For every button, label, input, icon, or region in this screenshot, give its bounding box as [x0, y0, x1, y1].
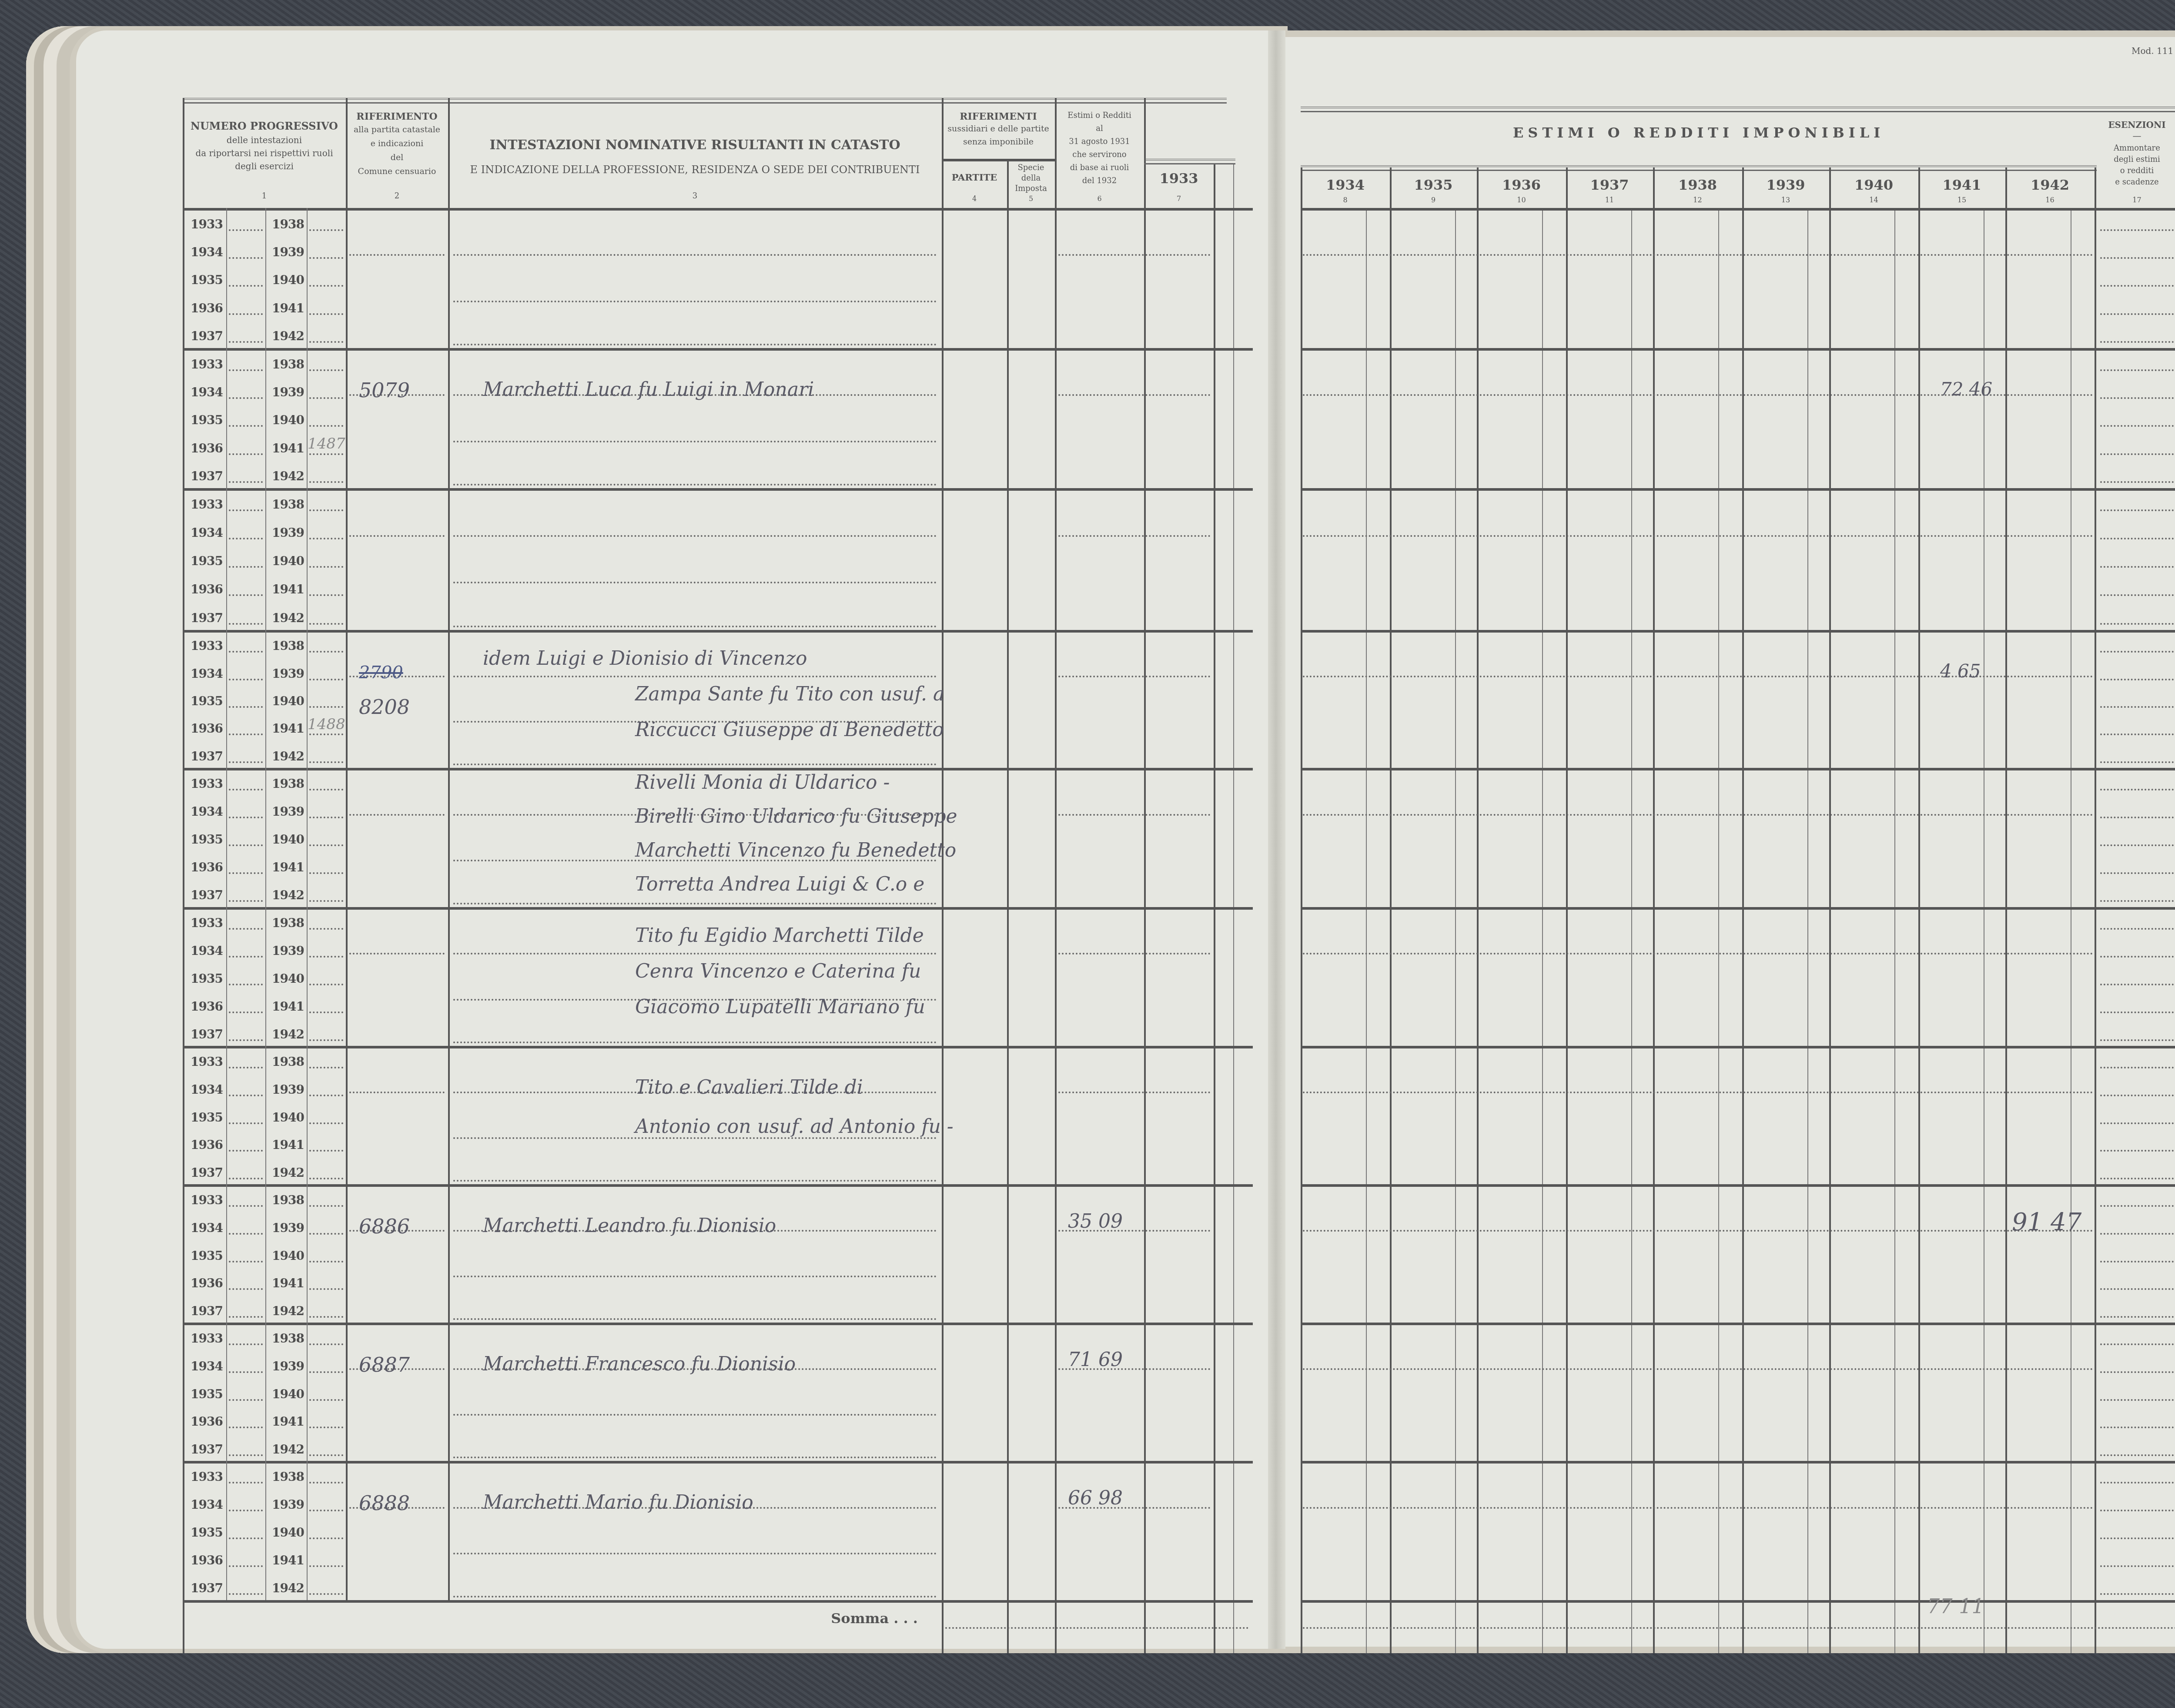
column-number-7: 7 — [1144, 194, 1214, 203]
entry-separator-right — [1301, 1046, 2175, 1048]
esenzioni-dotted-rule — [2100, 900, 2174, 902]
year-dotted-rule — [309, 651, 343, 653]
name-entry: Tito fu Egidio Marchetti Tilde — [635, 924, 924, 947]
year-dotted-rule — [229, 509, 263, 511]
column-number-3: 3 — [448, 191, 942, 201]
year-dotted-rule — [309, 1122, 343, 1124]
header-specie-line: della — [1007, 174, 1055, 184]
year-label: 1938 — [272, 777, 304, 791]
esenzioni-dotted-rule — [2100, 1178, 2174, 1179]
year-dotted-rule — [229, 789, 263, 790]
year-label: 1942 — [272, 611, 304, 625]
year-dotted-rule — [309, 1150, 343, 1152]
year-label: 1940 — [272, 971, 304, 986]
year-dotted-rule — [309, 1205, 343, 1207]
year-subcol-rule — [226, 208, 227, 348]
year-dotted-rule — [229, 1067, 263, 1068]
esenzioni-dotted-rule — [2100, 229, 2174, 231]
esenzioni-dotted-rule — [2100, 285, 2174, 287]
esenzioni-dotted-rule — [2100, 397, 2174, 399]
column-number-11: 11 — [1566, 196, 1653, 204]
esenzioni-dotted-rule — [2100, 651, 2174, 653]
year-label: 1940 — [272, 1387, 304, 1401]
name-entry: Giacomo Lupatelli Mariano fu — [635, 996, 925, 1018]
year-dotted-rule — [229, 679, 263, 680]
year-label: 1933 — [191, 217, 223, 231]
entry-separator-left — [183, 348, 1253, 351]
name-entry: Torretta Andrea Luigi & C.o e — [635, 873, 924, 895]
column-number-14: 14 — [1829, 196, 1918, 204]
year-dotted-rule — [309, 509, 343, 511]
year-label: 1937 — [191, 1581, 223, 1595]
value-dotted-rule — [1058, 1092, 1210, 1093]
year-label: 1933 — [191, 639, 223, 653]
year-label: 1939 — [272, 245, 304, 259]
year-dotted-rule — [309, 1316, 343, 1318]
year-label: 1937 — [191, 469, 223, 483]
year-dotted-rule — [309, 1593, 343, 1595]
year-cent-rule — [1894, 208, 1895, 1653]
year-label: 1941 — [272, 1414, 304, 1429]
value-dotted-rule-right — [1303, 1230, 2093, 1232]
year-label: 1937 — [191, 1442, 223, 1457]
col-divider-3-4 — [942, 98, 944, 1653]
year-label: 1941 — [272, 721, 304, 736]
column-number-6: 6 — [1055, 194, 1144, 203]
esenzioni-dotted-rule — [2100, 1288, 2174, 1290]
name-entry: Marchetti Leandro fu Dionisio — [483, 1215, 776, 1237]
value-dotted-rule-right — [1303, 1092, 2093, 1093]
header-riferimenti-line: senza imponibile — [942, 137, 1055, 147]
entry-separator-right — [1301, 488, 2175, 491]
year-label: 1940 — [272, 413, 304, 427]
column-number-12: 12 — [1653, 196, 1742, 204]
year-label: 1933 — [191, 777, 223, 791]
esenzioni-dotted-rule — [2100, 1122, 2174, 1124]
year-label: 1935 — [191, 1110, 223, 1125]
header-specie-line: Imposta — [1007, 184, 1055, 194]
esenzioni-dotted-rule — [2100, 369, 2174, 371]
year-label: 1936 — [191, 441, 223, 455]
column-number-5: 5 — [1007, 194, 1055, 203]
year-subcol-rule — [307, 348, 308, 488]
year-col-rule — [1477, 167, 1479, 1653]
year-dotted-rule — [309, 1178, 343, 1179]
year-subcol-rule — [226, 488, 227, 630]
year-dotted-rule — [229, 1510, 263, 1511]
entry-separator-left — [183, 907, 1253, 910]
year-label: 1936 — [191, 1276, 223, 1290]
year-dotted-rule — [309, 538, 343, 539]
value-dotted-rule-right — [1303, 254, 2093, 256]
year-label: 1935 — [191, 1249, 223, 1263]
entry-separator-left — [183, 1461, 1253, 1464]
side-number: 1488 — [308, 716, 345, 733]
year-dotted-rule — [309, 594, 343, 596]
name-dotted-rule — [453, 1318, 937, 1320]
esenzioni-dotted-rule — [2100, 1454, 2174, 1456]
year-dotted-rule — [309, 844, 343, 846]
year-col-rule — [1390, 167, 1392, 1653]
year-label: 1939 — [272, 944, 304, 958]
header-riferimenti: RIFERIMENTI — [942, 111, 1055, 123]
name-dotted-rule — [453, 484, 937, 486]
side-number: 1487 — [308, 435, 345, 452]
column-number-2: 2 — [346, 191, 448, 201]
year-label: 1936 — [191, 582, 223, 596]
year-label: 1936 — [191, 1553, 223, 1567]
header-intestazioni-subtitle: E INDICAZIONE DELLA PROFESSIONE, RESIDEN… — [448, 163, 942, 176]
year-label: 1939 — [272, 804, 304, 819]
year-dotted-rule — [229, 538, 263, 539]
year-subcol-rule — [307, 1046, 308, 1184]
header-numero-progressivo-line: delle intestazioni — [183, 135, 346, 146]
year-dotted-rule — [229, 1011, 263, 1013]
header-bottom-rule-right — [1301, 208, 2175, 211]
entry-separator-left — [183, 630, 1253, 633]
header-year-1936: 1936 — [1477, 176, 1566, 194]
year-subcol-rule — [307, 1461, 308, 1600]
somma-1941-value: 77 11 — [1927, 1594, 1984, 1618]
esenzioni-dotted-rule — [2100, 453, 2174, 455]
year-dotted-rule — [229, 733, 263, 735]
partita-dotted-rule — [349, 254, 445, 256]
year-dotted-rule — [229, 984, 263, 985]
year-cent-rule — [1984, 208, 1984, 1653]
year-label: 1941 — [272, 441, 304, 455]
column-number-9: 9 — [1390, 196, 1477, 204]
year-label: 1934 — [191, 944, 223, 958]
year-dotted-rule — [309, 789, 343, 790]
name-entry: Birelli Gino Uldarico fu Giuseppe — [635, 805, 957, 827]
esenzioni-dotted-rule — [2100, 1399, 2174, 1401]
header-estimi-1932-line: del 1932 — [1055, 176, 1144, 186]
header-estimi-1932-line: 31 agosto 1931 — [1055, 137, 1144, 147]
year-dotted-rule — [229, 928, 263, 930]
year-dotted-rule — [229, 1593, 263, 1595]
somma-dotted-rule-left — [945, 1627, 1248, 1629]
esenzioni-dotted-rule — [2100, 1565, 2174, 1567]
esenzioni-dotted-rule — [2100, 956, 2174, 958]
year-label: 1936 — [191, 860, 223, 874]
entry-separator-left — [183, 1323, 1253, 1325]
header-esenzioni: ESENZIONI — [2097, 120, 2175, 131]
year-label: 1939 — [272, 1082, 304, 1097]
year-dotted-rule — [309, 1454, 343, 1456]
esenzioni-dotted-rule — [2100, 341, 2174, 343]
year-label: 1936 — [191, 999, 223, 1014]
entry-separator-right — [1301, 630, 2175, 633]
year-dotted-rule — [309, 1095, 343, 1096]
year-label: 1939 — [272, 385, 304, 399]
header-year-1942: 1942 — [2005, 176, 2095, 194]
year-label: 1941 — [272, 1138, 304, 1152]
year-subcol-rule — [265, 1323, 266, 1461]
header-esenzioni-line: o redditi — [2097, 166, 2175, 176]
year-dotted-rule — [229, 1565, 263, 1567]
header-riferimento-line: e indicazioni — [346, 139, 448, 149]
year-dotted-rule — [229, 900, 263, 902]
name-dotted-rule — [453, 1180, 937, 1182]
year-col-rule — [1829, 167, 1831, 1653]
esenzioni-dotted-rule — [2100, 313, 2174, 315]
header-year-1934: 1934 — [1301, 176, 1390, 194]
year-label: 1942 — [272, 1581, 304, 1595]
year-dotted-rule — [309, 1510, 343, 1511]
year-dotted-rule — [229, 425, 263, 427]
year-dotted-rule — [229, 1288, 263, 1290]
year-dotted-rule — [229, 257, 263, 259]
year-dotted-rule — [309, 1343, 343, 1345]
value-dotted-rule-right — [1303, 1507, 2093, 1509]
year-label: 1941 — [272, 301, 304, 315]
year-label: 1941 — [272, 582, 304, 596]
esenzioni-dotted-rule — [2100, 844, 2174, 846]
year-subcol-rule — [265, 208, 266, 348]
year-dotted-rule — [309, 1565, 343, 1567]
year-label: 1933 — [191, 1331, 223, 1346]
year-col-rule — [1653, 167, 1655, 1653]
year-dotted-rule — [309, 1427, 343, 1428]
year-dotted-rule — [229, 313, 263, 315]
year-label: 1938 — [272, 639, 304, 653]
year-dotted-rule — [309, 872, 343, 874]
column-number-1: 1 — [183, 191, 346, 201]
header-estimi-1932-line: che servirono — [1055, 150, 1144, 160]
esenzioni-dotted-rule — [2100, 761, 2174, 763]
name-dotted-rule — [453, 764, 937, 765]
esenzioni-dotted-rule — [2100, 1537, 2174, 1539]
year-dotted-rule — [309, 257, 343, 259]
year-label: 1933 — [191, 357, 223, 372]
esenzioni-dotted-rule — [2100, 1316, 2174, 1318]
table-top-border-right — [1301, 107, 2175, 112]
year-col-rule — [1918, 167, 1920, 1653]
header-intestazioni: INTESTAZIONI NOMINATIVE RISULTANTI IN CA… — [448, 137, 942, 154]
year-subcol-rule — [226, 907, 227, 1046]
name-dotted-rule — [453, 676, 937, 677]
year-dotted-rule — [229, 1178, 263, 1179]
year-subcol-rule — [307, 768, 308, 907]
year-cent-rule — [1455, 208, 1456, 1653]
entry-separator-right — [1301, 348, 2175, 351]
year-dotted-rule — [229, 1316, 263, 1318]
esenzioni-dotted-rule — [2100, 1371, 2174, 1373]
name-dotted-rule — [453, 1414, 937, 1416]
header-estimi-1932-line: al — [1055, 124, 1144, 134]
year-dotted-rule — [309, 1537, 343, 1539]
esenzioni-dotted-rule — [2100, 1205, 2174, 1207]
entry-separator-right — [1301, 1600, 2175, 1603]
year-dotted-rule — [309, 1067, 343, 1068]
esenzioni-dotted-rule — [2100, 928, 2174, 930]
year-subcol-rule — [307, 1184, 308, 1323]
value-dotted-rule-right — [1303, 814, 2093, 816]
year-dotted-rule — [229, 706, 263, 708]
year-dotted-rule — [229, 1343, 263, 1345]
name-dotted-rule — [453, 254, 937, 256]
esenzioni-dotted-rule — [2100, 872, 2174, 874]
esenzioni-dotted-rule — [2100, 1067, 2174, 1068]
year-label: 1934 — [191, 1497, 223, 1512]
year-label: 1933 — [191, 1193, 223, 1207]
year-col-rule — [2095, 167, 2096, 1653]
value-dotted-rule — [1058, 814, 1210, 816]
year-label: 1934 — [191, 1082, 223, 1097]
header-esenzioni-dash: — — [2097, 131, 2175, 141]
year-label: 1938 — [272, 1470, 304, 1484]
header-estimi-1932-line: di base ai ruoli — [1055, 163, 1144, 173]
year-label: 1938 — [272, 217, 304, 231]
year-subcol-rule — [307, 488, 308, 630]
header-estimi-imponibili: ESTIMI O REDDITI IMPONIBILI — [1301, 124, 2097, 141]
year-subcol-rule — [226, 1461, 227, 1600]
year-label: 1938 — [272, 916, 304, 930]
col-divider-5-6 — [1055, 98, 1057, 1653]
header-riferimento-line: alla partita catastale — [346, 125, 448, 135]
esenzioni-dotted-rule — [2100, 1233, 2174, 1235]
year-dotted-rule — [309, 956, 343, 958]
year-dotted-rule — [229, 1205, 263, 1207]
header-numero-progressivo-line: degli esercizi — [183, 161, 346, 172]
partita-number: 5079 — [359, 378, 410, 402]
entry-separator-right — [1301, 1461, 2175, 1464]
year-dotted-rule — [309, 1011, 343, 1013]
col-divider-1-2 — [346, 98, 348, 1600]
year-label: 1941 — [272, 999, 304, 1014]
value-dotted-rule-right — [1303, 953, 2093, 954]
column-number-15: 15 — [1918, 196, 2005, 204]
esenzioni-dotted-rule — [2100, 789, 2174, 790]
esenzioni-dotted-rule — [2100, 1482, 2174, 1484]
year-label: 1942 — [272, 469, 304, 483]
table-left-border — [183, 98, 184, 1653]
year-dotted-rule — [229, 397, 263, 399]
header-esenzioni-line: e scadenze — [2097, 177, 2175, 188]
year-dotted-rule — [229, 1233, 263, 1235]
year-dotted-rule — [309, 1399, 343, 1401]
name-dotted-rule — [453, 1276, 937, 1277]
year-label: 1938 — [272, 1193, 304, 1207]
entry-separator-right — [1301, 1184, 2175, 1187]
year-label: 1940 — [272, 1110, 304, 1125]
value-dotted-rule-right — [1303, 535, 2093, 537]
year-label: 1935 — [191, 1387, 223, 1401]
value-dotted-rule — [1058, 676, 1210, 677]
name-entry: Antonio con usuf. ad Antonio fu - — [635, 1115, 954, 1138]
name-dotted-rule — [453, 535, 937, 537]
name-dotted-rule — [453, 582, 937, 583]
year-label: 1933 — [191, 1055, 223, 1069]
esenzioni-dotted-rule — [2100, 1039, 2174, 1041]
year-subcol-rule — [265, 1461, 266, 1600]
esenzioni-dotted-rule — [2100, 594, 2174, 596]
year-subcol-rule — [265, 768, 266, 907]
year-dotted-rule — [229, 844, 263, 846]
year-dotted-rule — [309, 679, 343, 680]
entry-separator-left — [183, 1600, 1253, 1603]
esenzioni-dotted-rule — [2100, 1095, 2174, 1096]
column-number-4: 4 — [942, 194, 1007, 203]
esenzioni-dotted-rule — [2100, 566, 2174, 568]
year-subcol-rule — [307, 630, 308, 768]
year-dotted-rule — [229, 1371, 263, 1373]
esenzioni-dotted-rule — [2100, 733, 2174, 735]
year-dotted-rule — [229, 1261, 263, 1263]
name-entry: Tito e Cavalieri Tilde di — [635, 1076, 863, 1098]
year-label: 1939 — [272, 666, 304, 681]
esenzioni-dotted-rule — [2100, 1261, 2174, 1263]
year-label: 1934 — [191, 385, 223, 399]
year-col-rule — [1301, 167, 1302, 1653]
year-label: 1935 — [191, 832, 223, 847]
year-label: 1939 — [272, 1497, 304, 1512]
estimo-1932-value: 35 09 — [1068, 1210, 1123, 1232]
year-dotted-rule — [309, 900, 343, 902]
entry-separator-right — [1301, 768, 2175, 770]
header-estimi-1932-line: Estimi o Redditi — [1055, 111, 1144, 121]
name-entry: Marchetti Vincenzo fu Benedetto — [635, 839, 956, 861]
year-cent-rule — [2071, 208, 2071, 1653]
value-dotted-rule — [1058, 394, 1210, 396]
year-dotted-rule — [309, 761, 343, 763]
year-subcol-rule — [265, 907, 266, 1046]
year-subcol-rule — [226, 630, 227, 768]
year-label: 1942 — [272, 1165, 304, 1180]
year-dotted-rule — [309, 623, 343, 625]
column-number-10: 10 — [1477, 196, 1566, 204]
year-dotted-rule — [229, 1399, 263, 1401]
year-dotted-rule — [229, 817, 263, 818]
year-subcol-rule — [226, 1046, 227, 1184]
name-entry: Cenra Vincenzo e Caterina fu — [635, 960, 921, 982]
esenzioni-dotted-rule — [2100, 1343, 2174, 1345]
column-number-17: 17 — [2097, 196, 2175, 204]
col-divider-4-5 — [1007, 159, 1009, 1653]
name-dotted-rule — [453, 1553, 937, 1554]
year-dotted-rule — [309, 1261, 343, 1263]
esenzioni-dotted-rule — [2100, 817, 2174, 818]
year-label: 1940 — [272, 1249, 304, 1263]
esenzioni-dotted-rule — [2100, 1150, 2174, 1152]
entry-separator-left — [183, 488, 1253, 491]
year-dotted-rule — [309, 481, 343, 483]
header-esenzioni-line: degli estimi — [2097, 155, 2175, 165]
esenzioni-dotted-rule — [2100, 1011, 2174, 1013]
name-entry: Zampa Sante fu Tito con usuf. a — [635, 683, 944, 705]
year-dotted-rule — [309, 285, 343, 287]
year-cent-rule — [1807, 208, 1808, 1653]
year-dotted-rule — [309, 706, 343, 708]
year-label: 1940 — [272, 554, 304, 568]
book-gutter — [1268, 30, 1285, 1649]
esenzioni-dotted-rule — [2100, 425, 2174, 427]
right-page — [1277, 37, 2175, 1647]
year-label: 1936 — [191, 1414, 223, 1429]
name-dotted-rule — [453, 344, 937, 345]
year-subcol-rule — [265, 630, 266, 768]
year-label: 1937 — [191, 1027, 223, 1042]
header-year-1939: 1939 — [1742, 176, 1829, 194]
partita-dotted-rule — [349, 814, 445, 816]
col7-subheader-rule — [1144, 159, 1235, 164]
year-dotted-rule — [229, 1039, 263, 1041]
header-riferimenti-line: sussidiari e delle partite — [942, 124, 1055, 134]
year-col-rule — [1566, 167, 1568, 1653]
year-label: 1941 — [272, 860, 304, 874]
year-label: 1934 — [191, 1221, 223, 1235]
col-divider-2-3 — [448, 98, 450, 1600]
